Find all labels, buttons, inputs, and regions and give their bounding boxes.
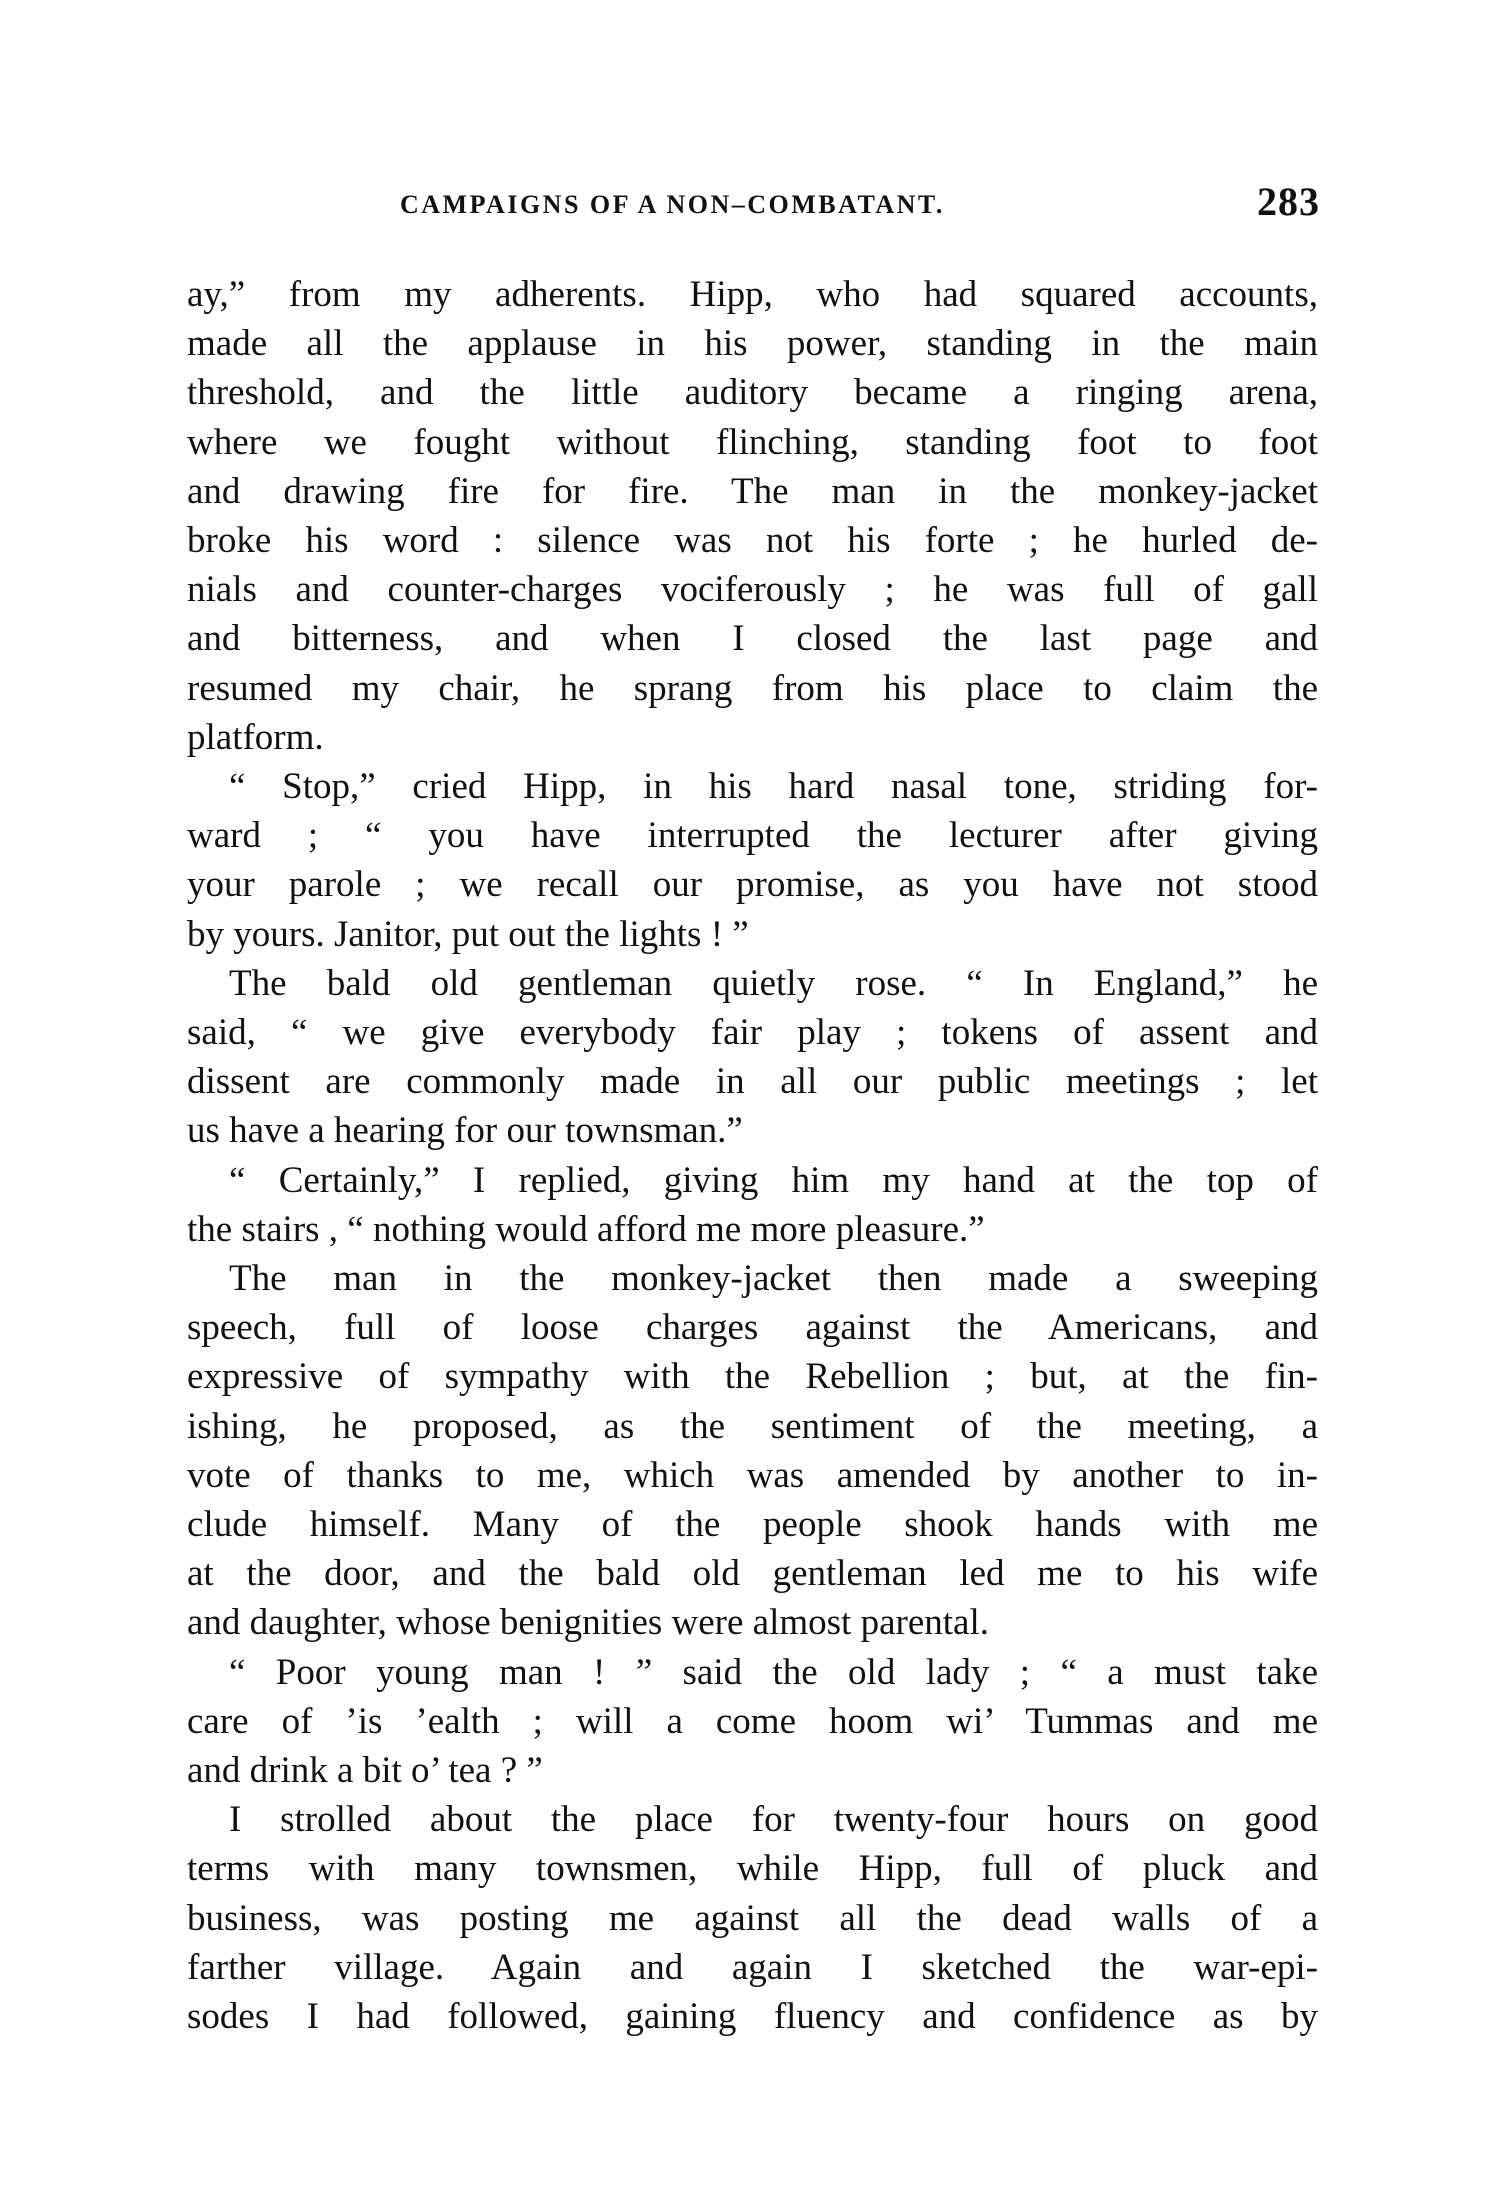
text-line: vote of thanks to me, which was amended … (187, 1451, 1318, 1500)
text-line: speech, full of loose charges against th… (187, 1303, 1318, 1352)
text-line: resumed my chair, he sprang from his pla… (187, 664, 1318, 713)
text-line: and drawing fire for fire. The man in th… (187, 467, 1318, 516)
text-line: broke his word : silence was not his for… (187, 516, 1318, 565)
text-line: at the door, and the bald old gentleman … (187, 1549, 1318, 1598)
text-line: I strolled about the place for twenty-fo… (229, 1795, 1318, 1844)
text-line: The bald old gentleman quietly rose. “ I… (229, 959, 1318, 1008)
text-line: dissent are commonly made in all our pub… (187, 1057, 1318, 1106)
text-line: “ Poor young man ! ” said the old lady ;… (229, 1648, 1318, 1697)
text-line: and bitterness, and when I closed the la… (187, 614, 1318, 663)
text-line: ay,” from my adherents. Hipp, who had sq… (187, 270, 1318, 319)
text-line: the stairs , “ nothing would afford me m… (187, 1205, 1318, 1254)
text-line: your parole ; we recall our promise, as … (187, 860, 1318, 909)
book-page: CAMPAIGNS OF A NON–COMBATANT. 283 ay,” f… (0, 0, 1507, 2188)
text-line: ishing, he proposed, as the sentiment of… (187, 1402, 1318, 1451)
text-line: where we fought without flinching, stand… (187, 418, 1318, 467)
running-head: CAMPAIGNS OF A NON–COMBATANT. 283 (185, 178, 1320, 238)
text-line: terms with many townsmen, while Hipp, fu… (187, 1844, 1318, 1893)
text-line: by yours. Janitor, put out the lights ! … (187, 910, 1318, 959)
text-line: clude himself. Many of the people shook … (187, 1500, 1318, 1549)
text-line: us have a hearing for our townsman.” (187, 1106, 1318, 1155)
text-line: nials and counter-charges vociferously ;… (187, 565, 1318, 614)
text-line: “ Certainly,” I replied, giving him my h… (229, 1156, 1318, 1205)
text-line: ward ; “ you have interrupted the lectur… (187, 811, 1318, 860)
text-line: and daughter, whose benignities were alm… (187, 1598, 1318, 1647)
text-line: farther village. Again and again I sketc… (187, 1943, 1318, 1992)
text-line: expressive of sympathy with the Rebellio… (187, 1352, 1318, 1401)
text-line: care of ’is ’ealth ; will a come hoom wi… (187, 1697, 1318, 1746)
text-line: “ Stop,” cried Hipp, in his hard nasal t… (229, 762, 1318, 811)
text-line: made all the applause in his power, stan… (187, 319, 1318, 368)
text-line: The man in the monkey-jacket then made a… (229, 1254, 1318, 1303)
text-line: platform. (187, 713, 1318, 762)
running-title: CAMPAIGNS OF A NON–COMBATANT. (400, 190, 945, 220)
text-line: threshold, and the little auditory becam… (187, 368, 1318, 417)
text-line: sodes I had followed, gaining fluency an… (187, 1992, 1318, 2041)
page-number: 283 (1257, 178, 1320, 225)
text-line: said, “ we give everybody fair play ; to… (187, 1008, 1318, 1057)
text-line: and drink a bit o’ tea ? ” (187, 1746, 1318, 1795)
text-line: business, was posting me against all the… (187, 1894, 1318, 1943)
